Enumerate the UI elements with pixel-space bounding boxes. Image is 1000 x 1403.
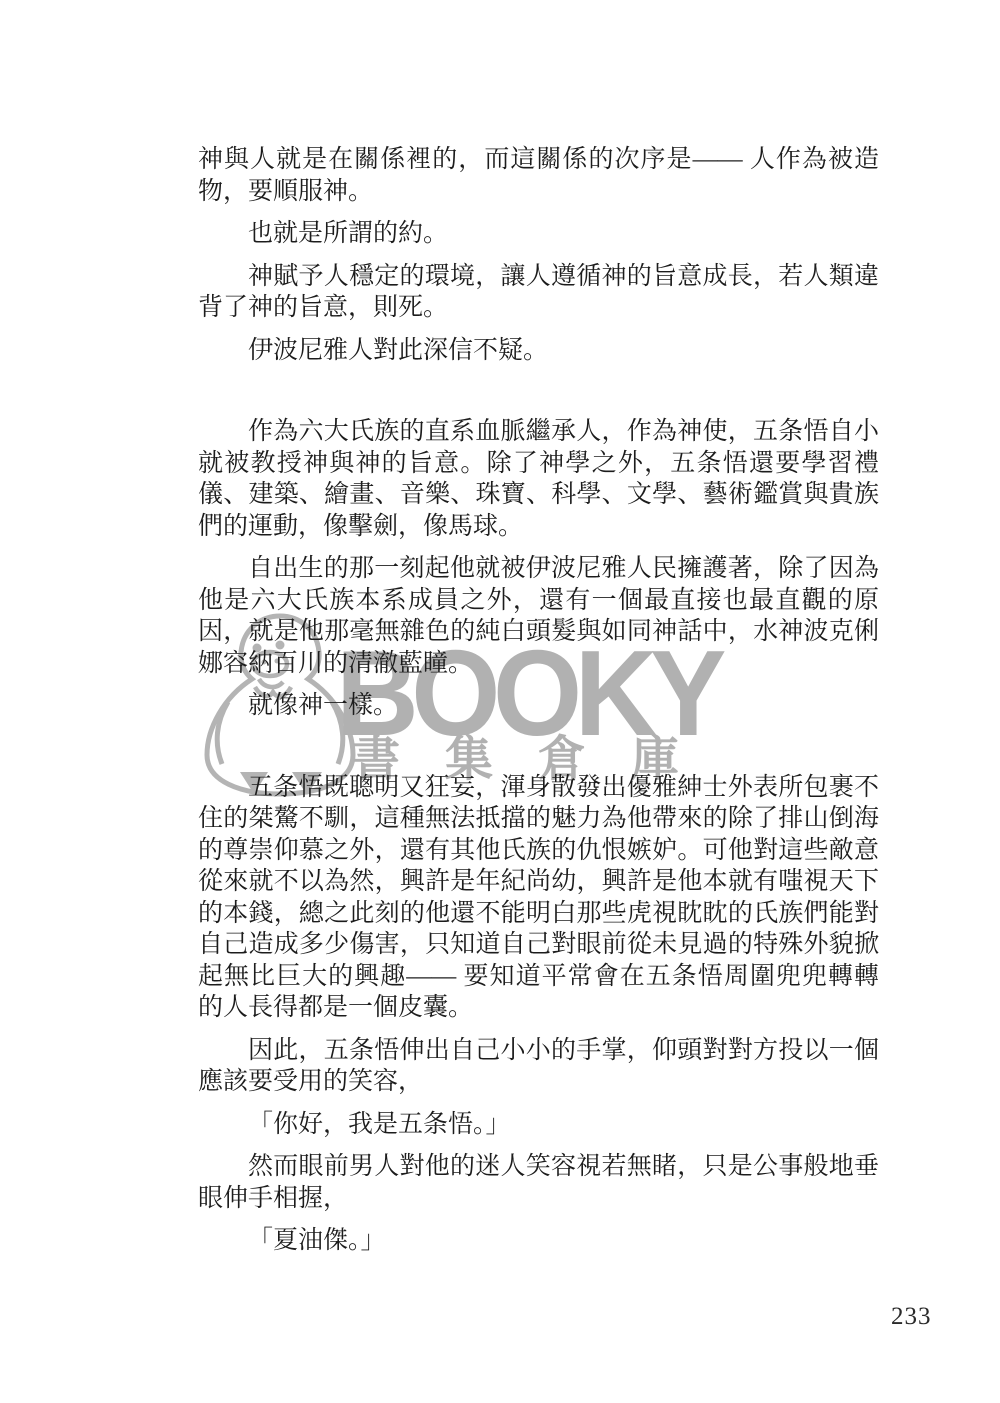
paragraph: 「夏油傑。」 bbox=[198, 1225, 879, 1257]
paragraph: 因此，五条悟伸出自己小小的手掌，仰頭對對方投以一個應該要受用的笑容， bbox=[198, 1035, 879, 1098]
paragraph: 然而眼前男人對他的迷人笑容視若無睹，只是公事般地垂眼伸手相握， bbox=[198, 1151, 879, 1214]
page-number: 233 bbox=[891, 1303, 932, 1331]
paragraph: 神與人就是在關係裡的，而這關係的次序是—— 人作為被造物，要順服神。 bbox=[198, 144, 879, 207]
paragraph: 作為六大氏族的直系血脈繼承人，作為神使，五条悟自小就被教授神與神的旨意。除了神學… bbox=[198, 416, 879, 542]
book-page: { "page": { "background": "#ffffff", "te… bbox=[0, 0, 1000, 1403]
paragraph: 伊波尼雅人對此深信不疑。 bbox=[198, 335, 879, 367]
text-section-3: 五条悟既聰明又狂妄，渾身散發出優雅紳士外表所包裹不住的桀驁不馴，這種無法抵擋的魅… bbox=[198, 772, 879, 1257]
paragraph: 也就是所謂的約。 bbox=[198, 218, 879, 250]
paragraph: 五条悟既聰明又狂妄，渾身散發出優雅紳士外表所包裹不住的桀驁不馴，這種無法抵擋的魅… bbox=[198, 772, 879, 1024]
page-text-block: 神與人就是在關係裡的，而這關係的次序是—— 人作為被造物，要順服神。 也就是所謂… bbox=[198, 144, 879, 1257]
text-section-1: 神與人就是在關係裡的，而這關係的次序是—— 人作為被造物，要順服神。 也就是所謂… bbox=[198, 144, 879, 366]
paragraph: 自出生的那一刻起他就被伊波尼雅人民擁護著，除了因為他是六大氏族本系成員之外，還有… bbox=[198, 553, 879, 679]
paragraph: 「你好，我是五条悟。」 bbox=[198, 1109, 879, 1141]
paragraph: 神賦予人穩定的環境，讓人遵循神的旨意成長，若人類違背了神的旨意，則死。 bbox=[198, 261, 879, 324]
text-section-2: 作為六大氏族的直系血脈繼承人，作為神使，五条悟自小就被教授神與神的旨意。除了神學… bbox=[198, 416, 879, 722]
paragraph: 就像神一樣。 bbox=[198, 690, 879, 722]
